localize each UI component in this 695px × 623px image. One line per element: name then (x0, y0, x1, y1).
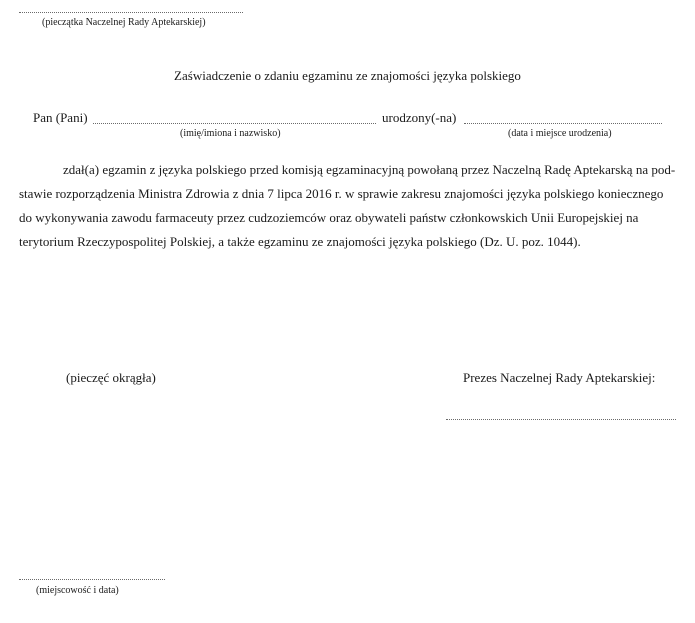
stamp-dotted-line (19, 12, 243, 13)
birth-caption: (data i miejsce urodzenia) (508, 128, 612, 139)
name-caption: (imię/imiona i nazwisko) (180, 128, 281, 139)
place-date-caption: (miejscowość i data) (36, 585, 119, 596)
certificate-body: zdał(a) egzamin z języka polskiego przed… (19, 158, 677, 254)
name-label: Pan (Pani) (33, 110, 88, 126)
body-line-2: stawie rozporządzenia Ministra Zdrowia z… (19, 182, 677, 206)
birth-field-line[interactable] (464, 123, 662, 124)
body-line-1: zdał(a) egzamin z języka polskiego przed… (19, 158, 677, 182)
president-label: Prezes Naczelnej Rady Aptekarskiej: (463, 370, 655, 386)
birth-label: urodzony(-na) (382, 110, 456, 126)
president-signature-line[interactable] (446, 419, 676, 420)
body-line-4: terytorium Rzeczypospolitej Polskiej, a … (19, 230, 677, 254)
place-date-dotted-line[interactable] (19, 579, 165, 580)
body-line-3: do wykonywania zawodu farmaceuty przez c… (19, 206, 677, 230)
document-title: Zaświadczenie o zdaniu egzaminu ze znajo… (0, 68, 695, 84)
name-field-line[interactable] (93, 123, 376, 124)
stamp-caption: (pieczątka Naczelnej Rady Aptekarskiej) (42, 17, 206, 28)
seal-label: (pieczęć okrągła) (66, 370, 156, 386)
